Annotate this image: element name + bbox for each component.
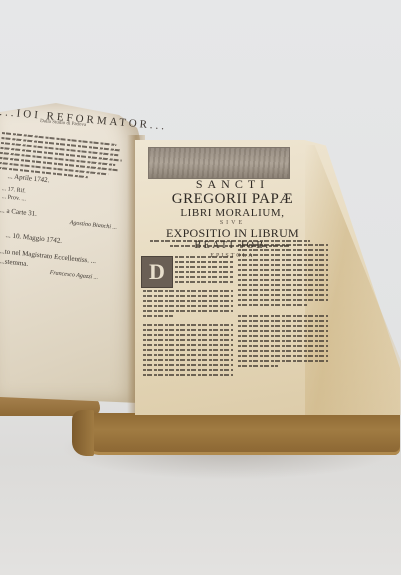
binding-curl xyxy=(72,410,94,456)
page-fore-edge xyxy=(80,413,400,455)
column-1-text xyxy=(175,256,233,286)
photo-scene: ...IOI REFORMATOR... Dalla Studio di Pad… xyxy=(0,0,401,575)
title-line: SANCTI xyxy=(140,178,325,191)
column-2-text xyxy=(238,244,328,370)
title-line: GREGORII PAPÆ xyxy=(140,191,325,207)
title-line: LIBRI MORALIUM, xyxy=(140,207,325,219)
engraved-illustration xyxy=(148,147,290,179)
column-1-text-cont xyxy=(143,290,233,379)
drop-cap: D xyxy=(141,256,173,288)
title-line: EXPOSITIO IN LIBRUM xyxy=(140,227,325,240)
